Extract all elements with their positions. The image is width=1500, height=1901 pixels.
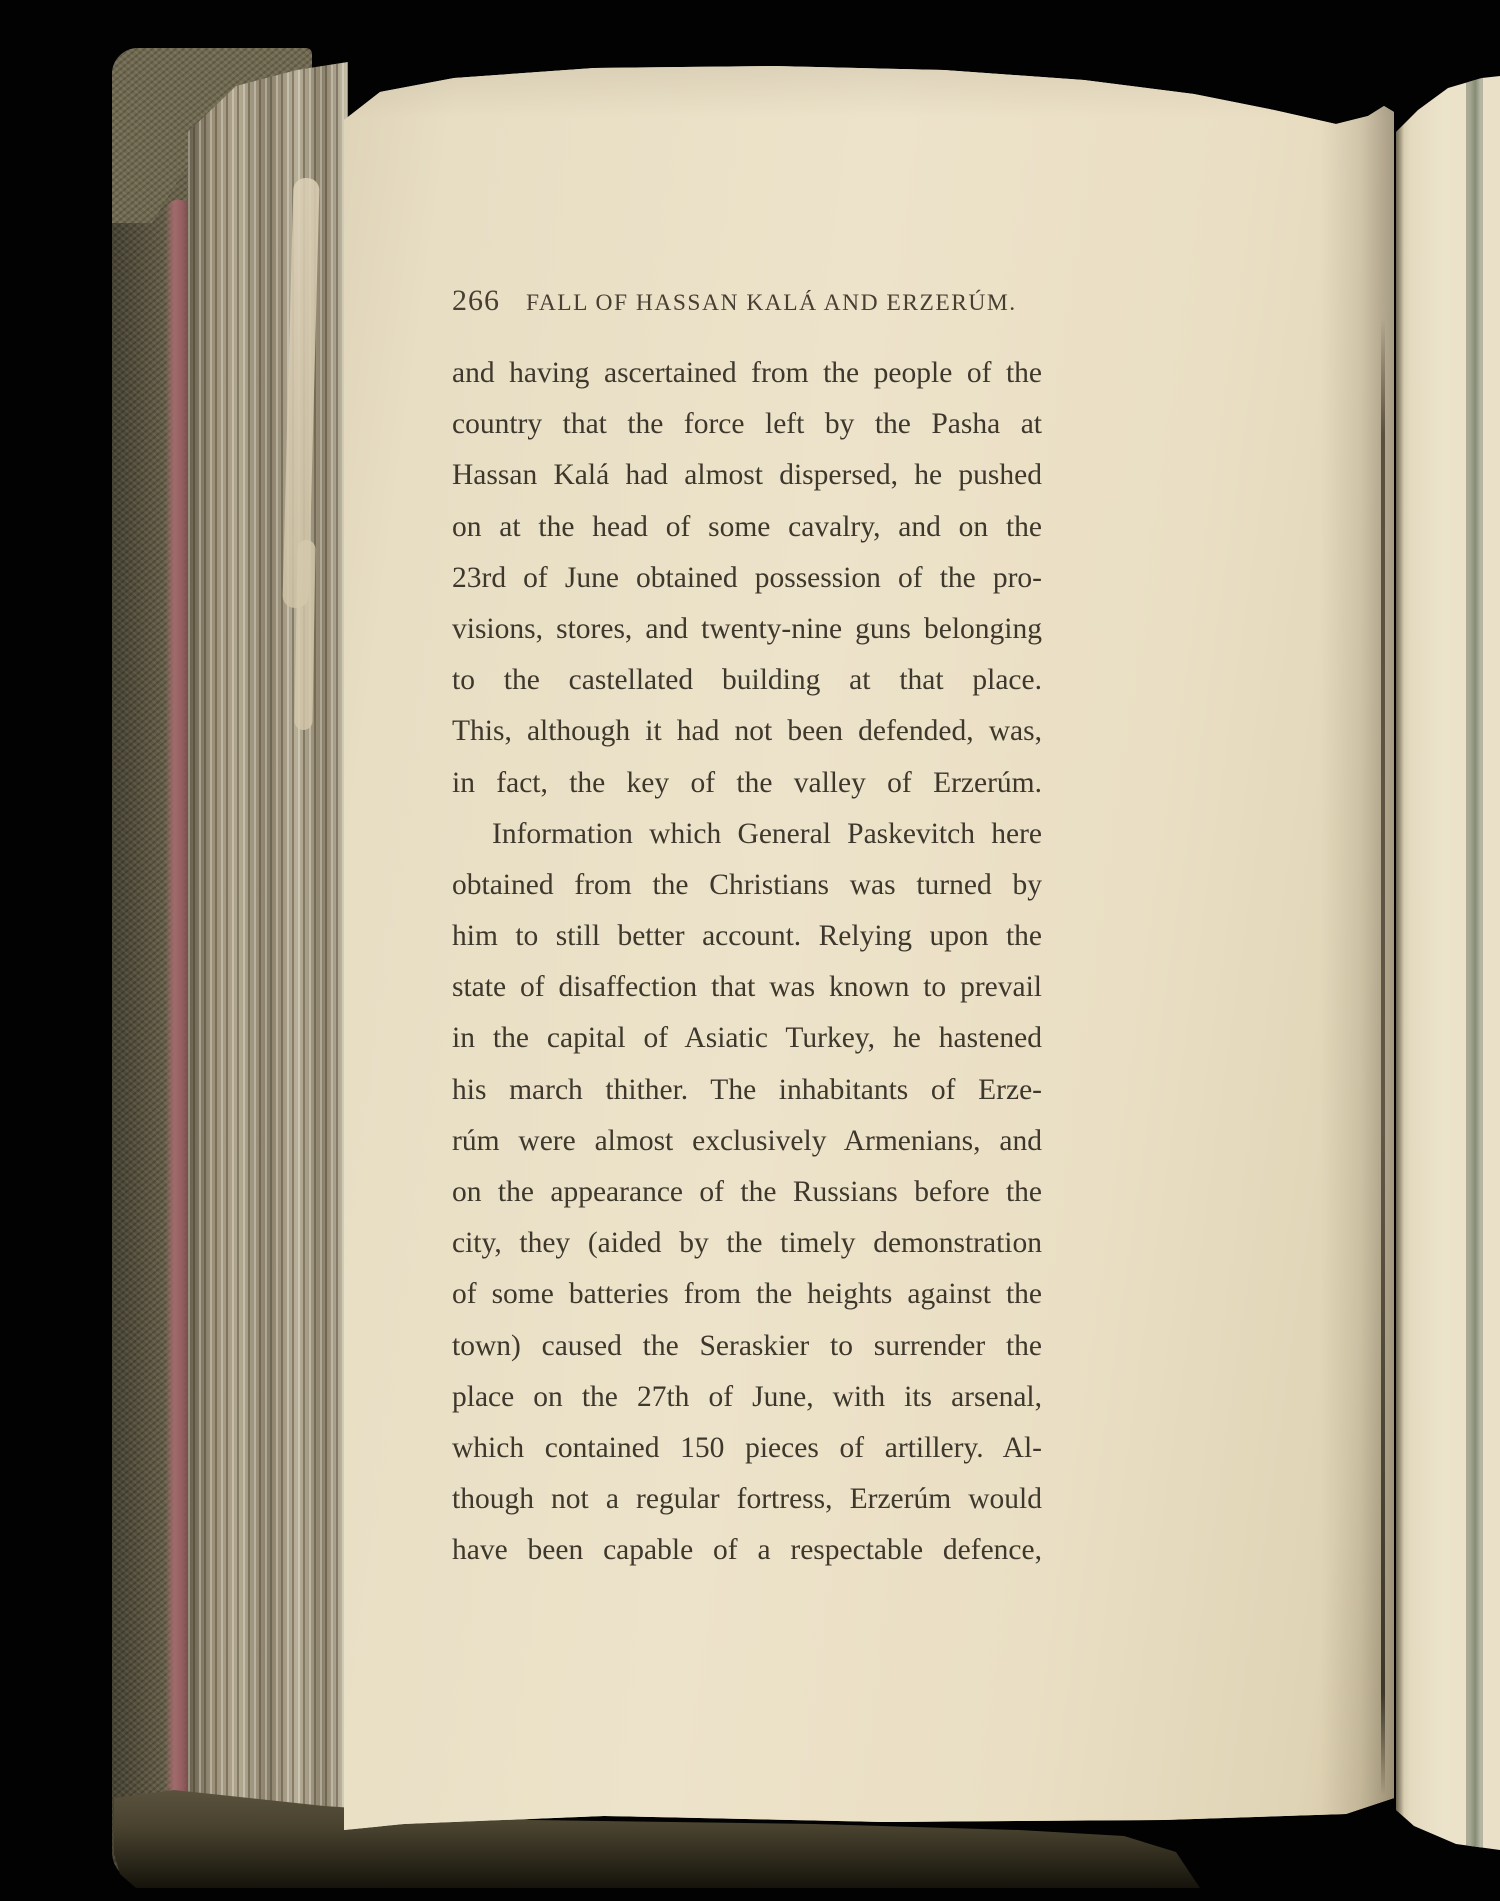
facing-page-edge: [1396, 74, 1500, 1850]
page-number: 266: [452, 284, 500, 318]
text-line: on the appearance of the Russians before…: [452, 1167, 1042, 1218]
running-header: 266 FALL OF HASSAN KALÁ AND ERZERÚM.: [452, 284, 1044, 318]
text-line: him to still better account. Relying upo…: [452, 911, 1042, 962]
board-edge-red: [165, 200, 192, 1820]
text-line: his march thither. The inhabitants of Er…: [452, 1065, 1042, 1116]
book-photo: 266 FALL OF HASSAN KALÁ AND ERZERÚM. and…: [0, 0, 1500, 1901]
text-line: though not a regular fortress, Erzerúm w…: [452, 1474, 1042, 1525]
text-line: rúm were almost exclusively Armenians, a…: [452, 1116, 1042, 1167]
text-line: obtained from the Christians was turned …: [452, 860, 1042, 911]
gutter-crease: [1381, 318, 1385, 1796]
text-line: in the capital of Asiatic Turkey, he has…: [452, 1013, 1042, 1064]
text-line-paragraph-start: Information which General Paskevitch her…: [452, 809, 1042, 860]
text-line: Hassan Kalá had almost dispersed, he pus…: [452, 450, 1042, 501]
text-line: country that the force left by the Pasha…: [452, 399, 1042, 450]
text-line: to the castellated building at that plac…: [452, 655, 1042, 706]
text-line: 23rd of June obtained possession of the …: [452, 553, 1042, 604]
text-line: of some batteries from the heights again…: [452, 1269, 1042, 1320]
running-title: FALL OF HASSAN KALÁ AND ERZERÚM.: [526, 290, 1044, 317]
body-text: and having ascertained from the people o…: [452, 348, 1042, 1577]
text-line: which contained 150 pieces of artillery.…: [452, 1423, 1042, 1474]
text-line: in fact, the key of the valley of Erzerú…: [452, 758, 1042, 809]
text-line: have been capable of a respectable defen…: [452, 1525, 1042, 1576]
page-stack-fore-edge: [188, 62, 348, 1842]
text-line: visions, stores, and twenty-nine guns be…: [452, 604, 1042, 655]
text-line: city, they (aided by the timely demonstr…: [452, 1218, 1042, 1269]
cover-edge-strip: [1466, 74, 1483, 1850]
text-line: state of disaffection that was known to …: [452, 962, 1042, 1013]
text-line: town) caused the Seraskier to surrender …: [452, 1321, 1042, 1372]
text-line: and having ascertained from the people o…: [452, 348, 1042, 399]
gutter-gap-shadow: [1396, 74, 1404, 1850]
text-line: This, although it had not been defended,…: [452, 706, 1042, 757]
endpaper-flap: [294, 540, 315, 730]
text-line: on at the head of some cavalry, and on t…: [452, 502, 1042, 553]
text-line: place on the 27th of June, with its arse…: [452, 1372, 1042, 1423]
